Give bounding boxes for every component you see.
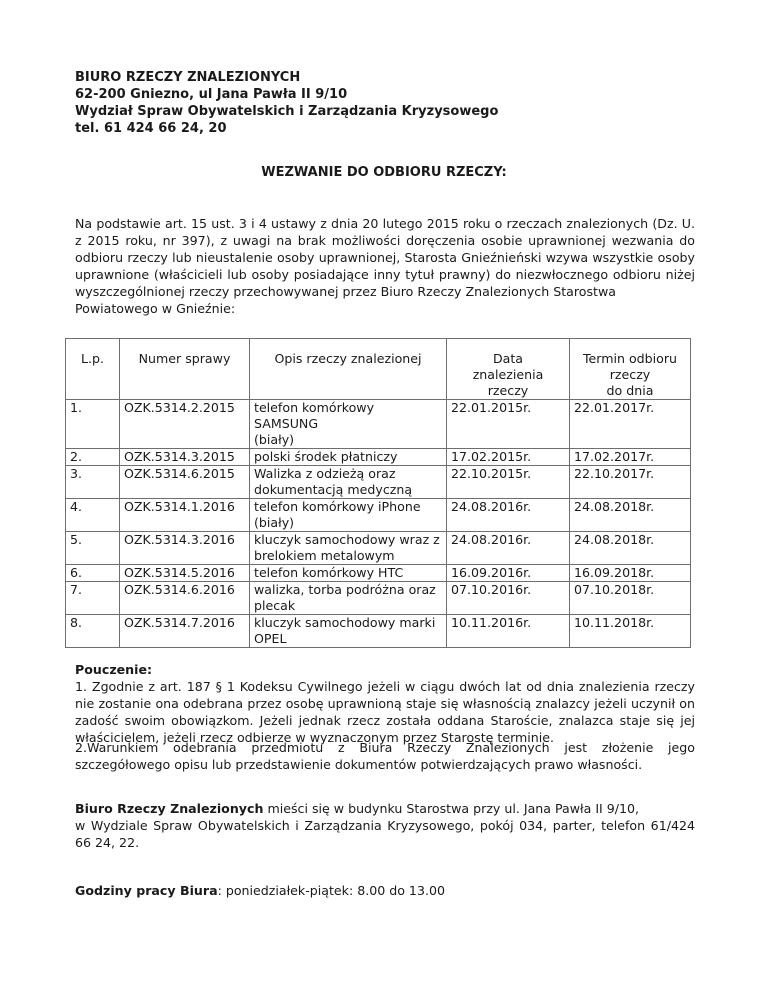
table-row: 7.OZK.5314.6.2016walizka, torba podróżna… [66, 582, 691, 615]
header-line-phone: tel. 61 424 66 24, 20 [75, 120, 498, 137]
table-row: 4.OZK.5314.1.2016telefon komórkowy iPhon… [66, 499, 691, 532]
cell-lp: 1. [66, 400, 120, 449]
header-deadline-line2: rzeczy [574, 367, 686, 383]
header-deadline-line3: do dnia [574, 383, 686, 399]
table-header-row: L.p. Numer sprawy Opis rzeczy znalezione… [66, 339, 691, 400]
office-hours-value: : poniedziałek-piątek: 8.00 do 13.00 [218, 883, 445, 898]
cell-case-number: OZK.5314.6.2016 [120, 582, 250, 615]
cell-description: kluczyk samochodowy markiOPEL [250, 615, 447, 648]
cell-description-line: telefon komórkowy iPhone [254, 499, 442, 515]
cell-description-line: kluczyk samochodowy marki [254, 615, 442, 631]
cell-description-line: brelokiem metalowym [254, 548, 442, 564]
cell-date-found: 22.01.2015r. [447, 400, 570, 449]
cell-description-line: plecak [254, 598, 442, 614]
office-header: BIURO RZECZY ZNALEZIONYCH 62-200 Gniezno… [75, 69, 498, 137]
office-hours: Godziny pracy Biura: poniedziałek-piątek… [75, 882, 445, 899]
notice-point-2: 2.Warunkiem odebrania przedmiotu z Biura… [75, 739, 695, 773]
office-line1-rest: mieści się w budynku Starostwa przy ul. … [263, 801, 639, 816]
cell-deadline: 22.10.2017r. [570, 466, 691, 499]
header-line-office-name: BIURO RZECZY ZNALEZIONYCH [75, 69, 498, 86]
table-row: 3.OZK.5314.6.2015Walizka z odzieżą orazd… [66, 466, 691, 499]
header-line-department: Wydział Spraw Obywatelskich i Zarządzani… [75, 103, 498, 120]
cell-description-line: telefon komórkowy HTC [254, 565, 442, 581]
cell-description: polski środek płatniczy [250, 449, 447, 466]
cell-description: walizka, torba podróżna orazplecak [250, 582, 447, 615]
intro-main-text: Na podstawie art. 15 ust. 3 i 4 ustawy z… [75, 216, 695, 299]
header-deadline: Termin odbioru rzeczy do dnia [570, 339, 691, 400]
office-line2: w Wydziale Spraw Obywatelskich i Zarządz… [75, 817, 695, 834]
cell-date-found: 16.09.2016r. [447, 565, 570, 582]
cell-description: kluczyk samochodowy wraz zbrelokiem meta… [250, 532, 447, 565]
cell-deadline: 17.02.2017r. [570, 449, 691, 466]
cell-description-line: (biały) [254, 432, 442, 448]
found-items-table: L.p. Numer sprawy Opis rzeczy znalezione… [65, 338, 691, 648]
cell-description: Walizka z odzieżą orazdokumentacją medyc… [250, 466, 447, 499]
header-description: Opis rzeczy znalezionej [250, 339, 447, 400]
cell-deadline: 22.01.2017r. [570, 400, 691, 449]
header-date-found-line3: rzeczy [451, 383, 565, 399]
office-location: Biuro Rzeczy Znalezionych mieści się w b… [75, 800, 695, 851]
cell-description-line: telefon komórkowy SAMSUNG [254, 400, 442, 432]
notice-heading: Pouczenie: [75, 661, 695, 678]
cell-date-found: 17.02.2015r. [447, 449, 570, 466]
cell-date-found: 07.10.2016r. [447, 582, 570, 615]
notice-point-2-line1: 2.Warunkiem odebrania przedmiotu z Biura… [75, 739, 695, 756]
office-line3: 66 24, 22. [75, 834, 695, 851]
cell-description-line: walizka, torba podróżna oraz [254, 582, 442, 598]
header-date-found-line2: znalezienia [451, 367, 565, 383]
cell-case-number: OZK.5314.7.2016 [120, 615, 250, 648]
cell-description: telefon komórkowy iPhone(biały) [250, 499, 447, 532]
cell-lp: 5. [66, 532, 120, 565]
cell-date-found: 24.08.2016r. [447, 499, 570, 532]
cell-deadline: 07.10.2018r. [570, 582, 691, 615]
cell-deadline: 16.09.2018r. [570, 565, 691, 582]
office-name: Biuro Rzeczy Znalezionych [75, 801, 263, 816]
header-case-number: Numer sprawy [120, 339, 250, 400]
cell-date-found: 24.08.2016r. [447, 532, 570, 565]
cell-deadline: 10.11.2018r. [570, 615, 691, 648]
header-date-found-line1: Data [451, 351, 565, 367]
cell-case-number: OZK.5314.5.2016 [120, 565, 250, 582]
cell-description: telefon komórkowy SAMSUNG(biały) [250, 400, 447, 449]
cell-lp: 6. [66, 565, 120, 582]
cell-description-line: dokumentacją medyczną [254, 482, 442, 498]
table-row: 2.OZK.5314.3.2015polski środek płatniczy… [66, 449, 691, 466]
cell-lp: 3. [66, 466, 120, 499]
header-date-found: Data znalezienia rzeczy [447, 339, 570, 400]
notice-section: Pouczenie: 1. Zgodnie z art. 187 § 1 Kod… [75, 661, 695, 746]
header-lp: L.p. [66, 339, 120, 400]
cell-description-line: kluczyk samochodowy wraz z [254, 532, 442, 548]
intro-paragraph: Na podstawie art. 15 ust. 3 i 4 ustawy z… [75, 215, 695, 317]
intro-last-line: Powiatowego w Gnieźnie: [75, 300, 695, 317]
cell-case-number: OZK.5314.3.2016 [120, 532, 250, 565]
notice-point-2-line2: szczegółowego opisu lub przedstawienie d… [75, 756, 695, 773]
document-title: WEZWANIE DO ODBIORU RZECZY: [0, 164, 768, 181]
cell-lp: 8. [66, 615, 120, 648]
cell-lp: 2. [66, 449, 120, 466]
cell-lp: 7. [66, 582, 120, 615]
cell-date-found: 10.11.2016r. [447, 615, 570, 648]
office-hours-label: Godziny pracy Biura [75, 883, 218, 898]
cell-date-found: 22.10.2015r. [447, 466, 570, 499]
cell-case-number: OZK.5314.6.2015 [120, 466, 250, 499]
cell-deadline: 24.08.2018r. [570, 532, 691, 565]
cell-case-number: OZK.5314.2.2015 [120, 400, 250, 449]
cell-lp: 4. [66, 499, 120, 532]
table-row: 1.OZK.5314.2.2015telefon komórkowy SAMSU… [66, 400, 691, 449]
cell-case-number: OZK.5314.3.2015 [120, 449, 250, 466]
cell-description-line: (biały) [254, 515, 442, 531]
header-line-address: 62-200 Gniezno, ul Jana Pawła II 9/10 [75, 86, 498, 103]
table-row: 5.OZK.5314.3.2016kluczyk samochodowy wra… [66, 532, 691, 565]
cell-case-number: OZK.5314.1.2016 [120, 499, 250, 532]
cell-description: telefon komórkowy HTC [250, 565, 447, 582]
table-row: 6.OZK.5314.5.2016telefon komórkowy HTC16… [66, 565, 691, 582]
table-row: 8.OZK.5314.7.2016kluczyk samochodowy mar… [66, 615, 691, 648]
cell-description-line: polski środek płatniczy [254, 449, 442, 465]
cell-description-line: OPEL [254, 631, 442, 647]
header-deadline-line1: Termin odbioru [574, 351, 686, 367]
cell-deadline: 24.08.2018r. [570, 499, 691, 532]
office-line1: Biuro Rzeczy Znalezionych mieści się w b… [75, 800, 695, 817]
cell-description-line: Walizka z odzieżą oraz [254, 466, 442, 482]
notice-point-1: 1. Zgodnie z art. 187 § 1 Kodeksu Cywiln… [75, 678, 695, 746]
